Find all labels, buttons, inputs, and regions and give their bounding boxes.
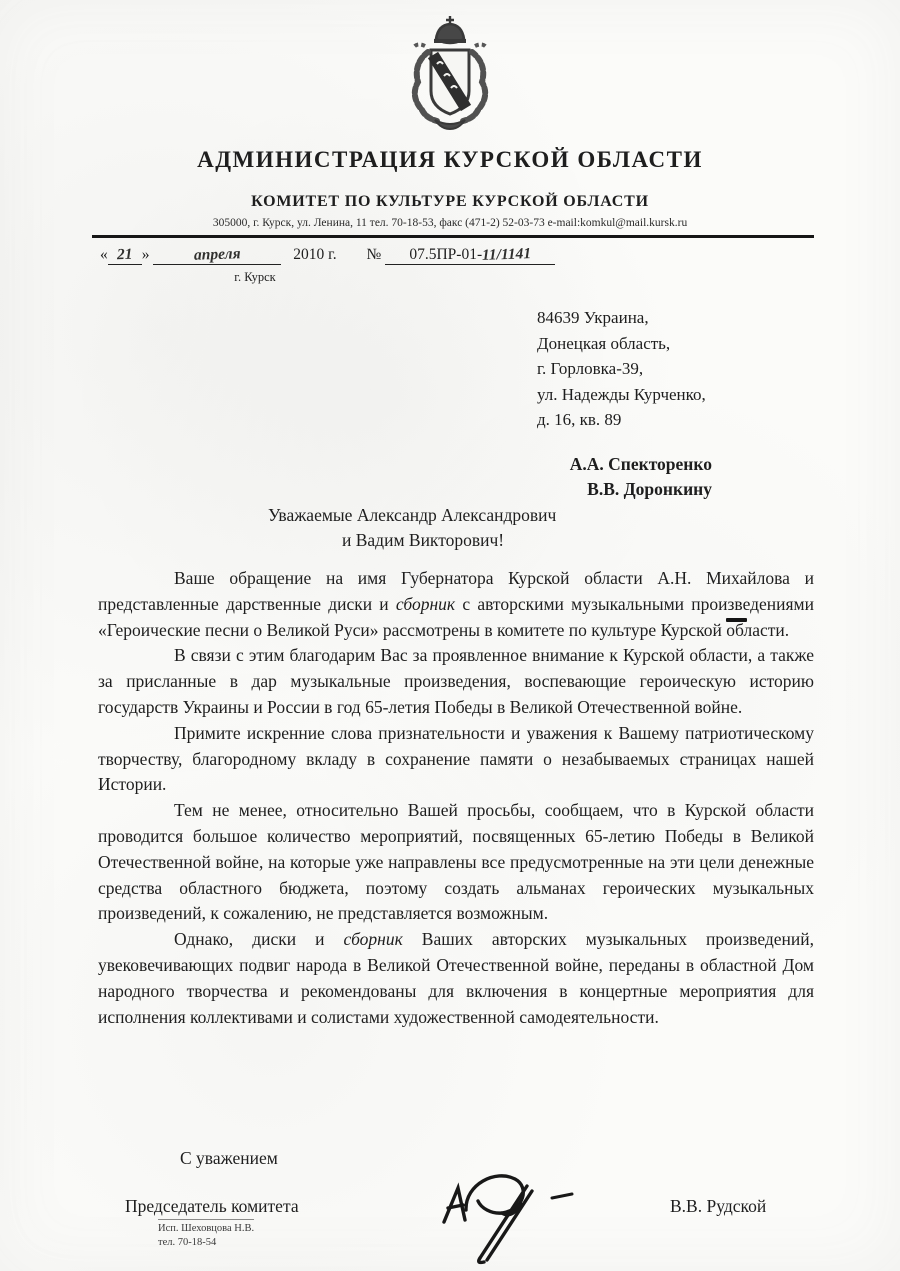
number-label: №	[366, 246, 381, 263]
executor-phone: тел. 70-18-54	[158, 1236, 254, 1250]
paragraph: Ваше обращение на имя Губернатора Курско…	[98, 566, 814, 643]
signer-position: Председатель комитета	[125, 1196, 299, 1217]
paragraph: Тем не менее, относительно Вашей просьбы…	[98, 798, 814, 927]
handwritten-number: 11/1141	[482, 245, 532, 265]
executor-name: Исп. Шеховцова Н.В.	[158, 1222, 254, 1236]
handwritten-day: 21	[117, 246, 133, 265]
signer-name: В.В. Рудской	[670, 1196, 766, 1217]
recipient-name: А.А. Спекторенко	[430, 452, 712, 477]
executor-block: Исп. Шеховцова Н.В. тел. 70-18-54	[158, 1219, 254, 1249]
paragraph: Примите искренние слова признательности …	[98, 721, 814, 798]
salutation-line2: и Вадим Викторович!	[342, 530, 504, 551]
city-label: г. Курск	[205, 270, 305, 285]
letterhead-divider	[92, 235, 814, 238]
contact-line: 305000, г. Курск, ул. Ленина, 11 тел. 70…	[0, 217, 900, 229]
closing-regards: С уважением	[180, 1148, 278, 1169]
salutation-line1: Уважаемые Александр Александрович	[268, 505, 556, 526]
paragraph: Однако, диски и сборник Ваших авторских …	[98, 927, 814, 1030]
recipient-address: 84639 Украина, Донецкая область, г. Горл…	[537, 305, 706, 433]
handwritten-month: апреля	[194, 245, 241, 265]
quote-close: »	[142, 246, 150, 263]
letter-body: Ваше обращение на имя Губернатора Курско…	[98, 566, 814, 1030]
reference-line: «21» апреля 2010 г. №07.5ПР-01-11/1141	[100, 246, 555, 265]
address-line: Донецкая область,	[537, 331, 706, 357]
address-line: 84639 Украина,	[537, 305, 706, 331]
scan-artifact-mark	[726, 618, 747, 622]
year-label: 2010 г.	[293, 246, 336, 263]
paragraph-emphasis: сборник	[344, 929, 403, 949]
kursk-coat-of-arms-icon	[0, 12, 900, 142]
paragraph-text: Однако, диски и	[174, 929, 344, 949]
recipient-names: А.А. Спекторенко В.В. Доронкину	[430, 452, 712, 501]
paragraph: В связи с этим благодарим Вас за проявле…	[98, 643, 814, 720]
address-line: г. Горловка-39,	[537, 356, 706, 382]
address-line: д. 16, кв. 89	[537, 407, 706, 433]
paragraph-emphasis: сборник	[396, 594, 455, 614]
address-line: ул. Надежды Курченко,	[537, 382, 706, 408]
quote-open: «	[100, 246, 108, 263]
department-title: КОМИТЕТ ПО КУЛЬТУРЕ КУРСКОЙ ОБЛАСТИ	[0, 193, 900, 211]
organization-title: АДМИНИСТРАЦИЯ КУРСКОЙ ОБЛАСТИ	[0, 147, 900, 173]
scanned-letter-page: АДМИНИСТРАЦИЯ КУРСКОЙ ОБЛАСТИ КОМИТЕТ ПО…	[0, 0, 900, 1271]
number-typed: 07.5ПР-01-	[409, 246, 482, 263]
recipient-name: В.В. Доронкину	[430, 477, 712, 502]
handwritten-signature-icon	[430, 1158, 605, 1266]
